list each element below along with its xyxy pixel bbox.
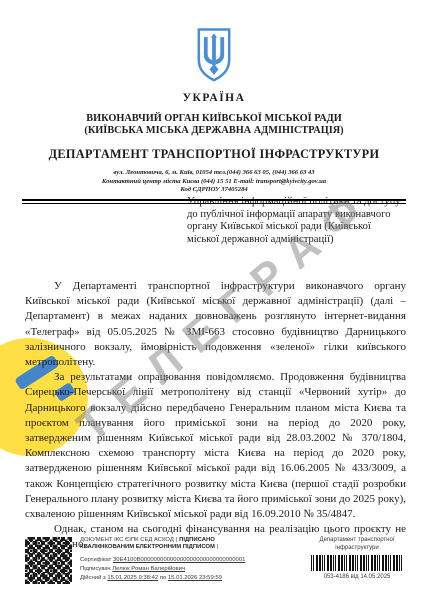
certificate-label: Сертифікат — [80, 557, 113, 563]
certificate-value: 30E4100B00000000000000000000000000000001 — [113, 557, 245, 563]
signature-system-prefix: ДОКУМЕНТ ІКС ЄІПК СЕД АСКОД ( — [80, 537, 179, 543]
letterhead-divider — [22, 199, 406, 204]
document-page: УКРАЇНА ВИКОНАВЧИЙ ОРГАН КИЇВСЬКОЇ МІСЬК… — [0, 0, 428, 603]
validity-line: Дійсний з 15.01.2025 9:38:42 по 15.01.20… — [80, 575, 260, 582]
org-name: ВИКОНАВЧИЙ ОРГАН КИЇВСЬКОЇ МІСЬКОЇ РАДИ … — [0, 113, 428, 137]
signature-system-suffix: ) — [215, 544, 219, 550]
signer-line: Підписувач Лелюк Роман Валерійович — [80, 566, 260, 573]
address-line3: Код ЄДРПОУ 37405284 — [0, 186, 428, 195]
body-paragraph: За результатами опрацювання повідомляємо… — [25, 370, 406, 522]
registration-number: 053-4186 від 14.05.2025 — [298, 574, 416, 582]
validity-to-label: по — [158, 575, 168, 581]
signature-system-line: ДОКУМЕНТ ІКС ЄІПК СЕД АСКОД ( ПІДПИСАНО … — [80, 537, 260, 552]
body-paragraph: У Департаменті транспортної інфраструкту… — [25, 279, 406, 370]
barcode-icon — [311, 555, 403, 571]
address-line1: вул. Леонтовича, 6, м. Київ, 01054 тел.(… — [0, 169, 428, 178]
validity-label: Дійсний з — [80, 575, 107, 581]
ukraine-trident-icon — [195, 27, 233, 84]
org-line1: ВИКОНАВЧИЙ ОРГАН КИЇВСЬКОЇ МІСЬКОЇ РАДИ — [0, 113, 428, 125]
certificate-line: Сертифікат 30E4100B000000000000000000000… — [80, 557, 260, 564]
stamp-org-name: Департамент транспортної інфраструктури — [298, 537, 416, 552]
address-line2: Контактний центр міста Києва (044) 15 51… — [0, 178, 428, 187]
coat-of-arms — [0, 0, 428, 89]
letterhead-address: вул. Леонтовича, 6, м. Київ, 01054 тел.(… — [0, 169, 428, 195]
signature-footer: ДОКУМЕНТ ІКС ЄІПК СЕД АСКОД ( ПІДПИСАНО … — [0, 533, 428, 597]
signature-info: ДОКУМЕНТ ІКС ЄІПК СЕД АСКОД ( ПІДПИСАНО … — [80, 537, 260, 582]
valid-to-value: 15.01.2026 23:59:59 — [168, 575, 222, 581]
letter-body: У Департаменті транспортної інфраструкту… — [25, 279, 406, 553]
valid-from-value: 15.01.2025 9:38:42 — [107, 575, 158, 581]
qr-code-icon — [25, 537, 72, 584]
department-title: ДЕПАРТАМЕНТ ТРАНСПОРТНОЇ ІНФРАСТРУКТУРИ — [0, 147, 428, 162]
country-title: УКРАЇНА — [0, 92, 428, 104]
signer-value: Лелюк Роман Валерійович — [112, 566, 185, 572]
signer-label: Підписувач — [80, 566, 112, 572]
org-line2: (КИЇВСЬКА МІСЬКА ДЕРЖАВНА АДМІНІСТРАЦІЯ) — [0, 125, 428, 137]
registration-stamp: Департамент транспортної інфраструктури … — [298, 537, 416, 582]
